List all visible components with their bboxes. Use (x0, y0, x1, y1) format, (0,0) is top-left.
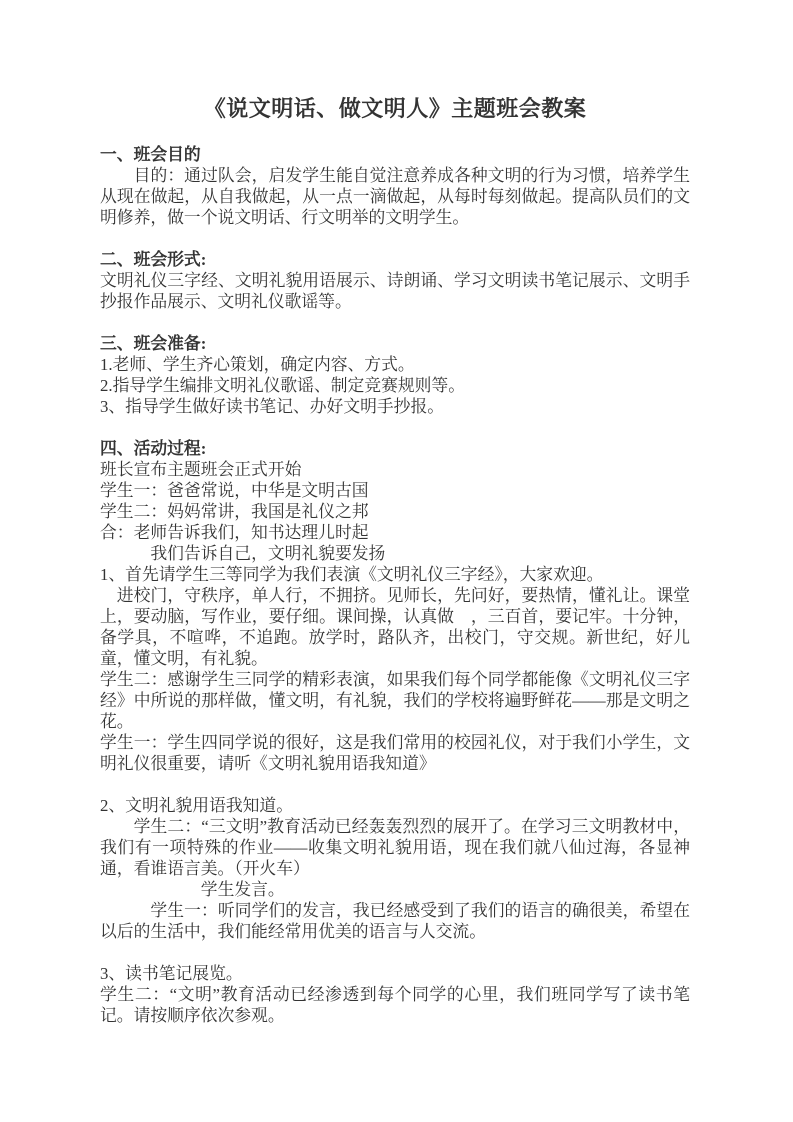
section-4-heading: 四、活动过程: (100, 438, 690, 459)
section-2-body: 文明礼仪三字经、文明礼貌用语展示、诗朗诵、学习文明读书笔记展示、文明手抄报作品展… (100, 270, 690, 312)
activity-line-together: 合：老师告诉我们，知书达理儿时起 (100, 522, 690, 543)
blank-line (100, 942, 690, 963)
preparation-item: 1.老师、学生齐心策划，确定内容、方式。 (100, 354, 690, 375)
preparation-item: 2.指导学生编排文明礼仪歌谣、制定竞赛规则等。 (100, 375, 690, 396)
preparation-item: 3、指导学生做好读书笔记、办好文明手抄报。 (100, 396, 690, 417)
section-3-heading: 三、班会准备: (100, 333, 690, 354)
student2-comment: 学生二：感谢学生三同学的精彩表演，如果我们每个同学都能像《文明礼仪三字经》中所说… (100, 669, 690, 732)
student2-reading-notes: 学生二：“文明”教育活动已经渗透到每个同学的心里，我们班同学写了读书笔记。请按顺… (100, 984, 690, 1026)
students-speak-line: 学生发言。 (100, 879, 690, 900)
document-title: 《说文明话、做文明人》主题班会教案 (100, 96, 690, 122)
section-1-heading: 一、班会目的 (100, 144, 690, 165)
activity-line-student1: 学生一：爸爸常说，中华是文明古国 (100, 480, 690, 501)
activity-item-1: 1、首先请学生三等同学为我们表演《文明礼仪三字经》，大家欢迎。 (100, 564, 690, 585)
activity-line-announcement: 班长宣布主题班会正式开始 (100, 459, 690, 480)
section-1-body: 目的：通过队会，启发学生能自觉注意养成各种文明的行为习惯，培养学生从现在做起，从… (100, 165, 690, 228)
blank-line (100, 774, 690, 795)
blank-line (100, 312, 690, 333)
activity-line-student2: 学生二：妈妈常讲，我国是礼仪之邦 (100, 501, 690, 522)
activity-item-3: 3、读书笔记展览。 (100, 963, 690, 984)
section-2-heading: 二、班会形式: (100, 249, 690, 270)
student1-comment: 学生一：学生四同学说的很好，这是我们常用的校园礼仪，对于我们小学生，文明礼仪很重… (100, 732, 690, 774)
blank-line (100, 228, 690, 249)
student2-three-civilizations: 学生二：“三文明”教育活动已经轰轰烈烈的展开了。在学习三文明教材中，我们有一项特… (100, 816, 690, 879)
blank-line (100, 417, 690, 438)
student1-response: 学生一：听同学们的发言，我已经感受到了我们的语言的确很美，希望在以后的生活中，我… (100, 900, 690, 942)
document-page: 《说文明话、做文明人》主题班会教案 一、班会目的 目的：通过队会，启发学生能自觉… (0, 0, 793, 1122)
activity-line-together-cont: 我们告诉自己，文明礼貌要发扬 (100, 543, 690, 564)
activity-item-2: 2、文明礼貌用语我知道。 (100, 795, 690, 816)
three-character-classic-text: 进校门，守秩序，单人行，不拥挤。见师长，先问好，要热情，懂礼让。课堂上，要动脑，… (100, 585, 690, 669)
